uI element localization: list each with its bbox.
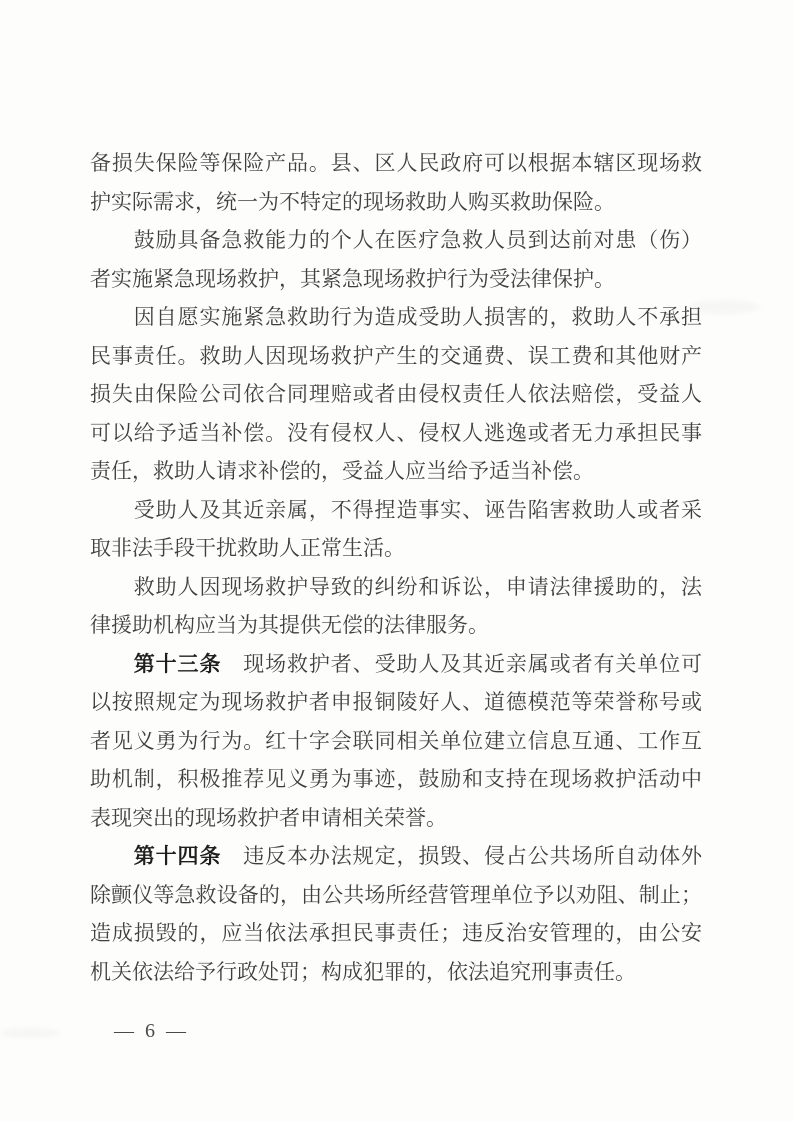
line-text: 救助人因现场救护导致的纠纷和诉讼，申请法律援助的，法 (90, 575, 702, 599)
text-line: 民事责任。救助人因现场救护产生的交通费、误工费和其他财产 (90, 337, 702, 376)
page-number: — 6 — (114, 1019, 189, 1043)
text-line: 机关依法给予行政处罚；构成犯罪的，依法追究刑事责任。 (90, 953, 702, 992)
line-text: 除颤仪等急救设备的，由公共场所经营管理单位予以劝阻、制止； (90, 883, 702, 907)
text-line: 律援助机构应当为其提供无偿的法律服务。 (90, 606, 702, 645)
scan-artifact (690, 300, 760, 314)
line-text: 鼓励具备急救能力的个人在医疗急救人员到达前对患（伤） (90, 228, 702, 252)
line-text: 取非法手段干扰救助人正常生活。 (90, 536, 405, 560)
text-line: 受助人及其近亲属，不得捏造事实、诬告陷害救助人或者采 (90, 491, 702, 530)
scan-artifact (0, 1028, 60, 1038)
line-text: 助机制，积极推荐见义勇为事迹，鼓励和支持在现场救护活动中 (90, 767, 702, 791)
text-line: 以按照规定为现场救护者申报铜陵好人、道德模范等荣誉称号或 (90, 683, 702, 722)
line-text: 受助人及其近亲属，不得捏造事实、诬告陷害救助人或者采 (90, 498, 702, 522)
line-text: 者实施紧急现场救护，其紧急现场救护行为受法律保护。 (90, 267, 615, 291)
text-line: 损失由保险公司依合同理赔或者由侵权责任人依法赔偿，受益人 (90, 375, 702, 414)
text-line: 除颤仪等急救设备的，由公共场所经营管理单位予以劝阻、制止； (90, 876, 702, 915)
line-text: 因自愿实施紧急救助行为造成受助人损害的，救助人不承担 (90, 305, 702, 329)
text-line: 救助人因现场救护导致的纠纷和诉讼，申请法律援助的，法 (90, 568, 702, 607)
text-line: 责任，救助人请求补偿的，受益人应当给予适当补偿。 (90, 452, 702, 491)
document-page: 备损失保险等保险产品。县、区人民政府可以根据本辖区现场救 护实际需求，统一为不特… (0, 0, 793, 1121)
line-text: 现场救护者、受助人及其近亲属或者有关单位可 (221, 652, 702, 676)
text-line: 可以给予适当补偿。没有侵权人、侵权人逃逸或者无力承担民事 (90, 414, 702, 453)
article-13-label: 第十三条 (90, 652, 221, 676)
text-line: 造成损毁的，应当依法承担民事责任；违反治安管理的，由公安 (90, 914, 702, 953)
document-body: 备损失保险等保险产品。县、区人民政府可以根据本辖区现场救 护实际需求，统一为不特… (90, 144, 702, 991)
line-text: 损失由保险公司依合同理赔或者由侵权责任人依法赔偿，受益人 (90, 382, 702, 406)
text-line: 表现突出的现场救护者申请相关荣誉。 (90, 799, 702, 838)
text-line: 取非法手段干扰救助人正常生活。 (90, 529, 702, 568)
text-line: 者实施紧急现场救护，其紧急现场救护行为受法律保护。 (90, 260, 702, 299)
text-line: 者见义勇为行为。红十字会联同相关单位建立信息互通、工作互 (90, 722, 702, 761)
line-text: 表现突出的现场救护者申请相关荣誉。 (90, 806, 447, 830)
line-text: 责任，救助人请求补偿的，受益人应当给予适当补偿。 (90, 459, 594, 483)
text-line: 鼓励具备急救能力的个人在医疗急救人员到达前对患（伤） (90, 221, 702, 260)
article-14-label: 第十四条 (90, 844, 221, 868)
line-text: 以按照规定为现场救护者申报铜陵好人、道德模范等荣誉称号或 (90, 690, 702, 714)
text-line: 因自愿实施紧急救助行为造成受助人损害的，救助人不承担 (90, 298, 702, 337)
line-text: 违反本办法规定，损毁、侵占公共场所自动体外 (221, 844, 702, 868)
line-text: 者见义勇为行为。红十字会联同相关单位建立信息互通、工作互 (90, 729, 702, 753)
text-line: 备损失保险等保险产品。县、区人民政府可以根据本辖区现场救 (90, 144, 702, 183)
line-text: 民事责任。救助人因现场救护产生的交通费、误工费和其他财产 (90, 344, 702, 368)
line-text: 造成损毁的，应当依法承担民事责任；违反治安管理的，由公安 (90, 921, 702, 945)
line-text: 护实际需求，统一为不特定的现场救助人购买救助保险。 (90, 190, 615, 214)
text-line: 第十三条 现场救护者、受助人及其近亲属或者有关单位可 (90, 645, 702, 684)
line-text: 律援助机构应当为其提供无偿的法律服务。 (90, 613, 489, 637)
text-line: 护实际需求，统一为不特定的现场救助人购买救助保险。 (90, 183, 702, 222)
text-line: 第十四条 违反本办法规定，损毁、侵占公共场所自动体外 (90, 837, 702, 876)
line-text: 机关依法给予行政处罚；构成犯罪的，依法追究刑事责任。 (90, 960, 636, 984)
line-text: 备损失保险等保险产品。县、区人民政府可以根据本辖区现场救 (90, 151, 702, 175)
text-line: 助机制，积极推荐见义勇为事迹，鼓励和支持在现场救护活动中 (90, 760, 702, 799)
line-text: 可以给予适当补偿。没有侵权人、侵权人逃逸或者无力承担民事 (90, 421, 702, 445)
